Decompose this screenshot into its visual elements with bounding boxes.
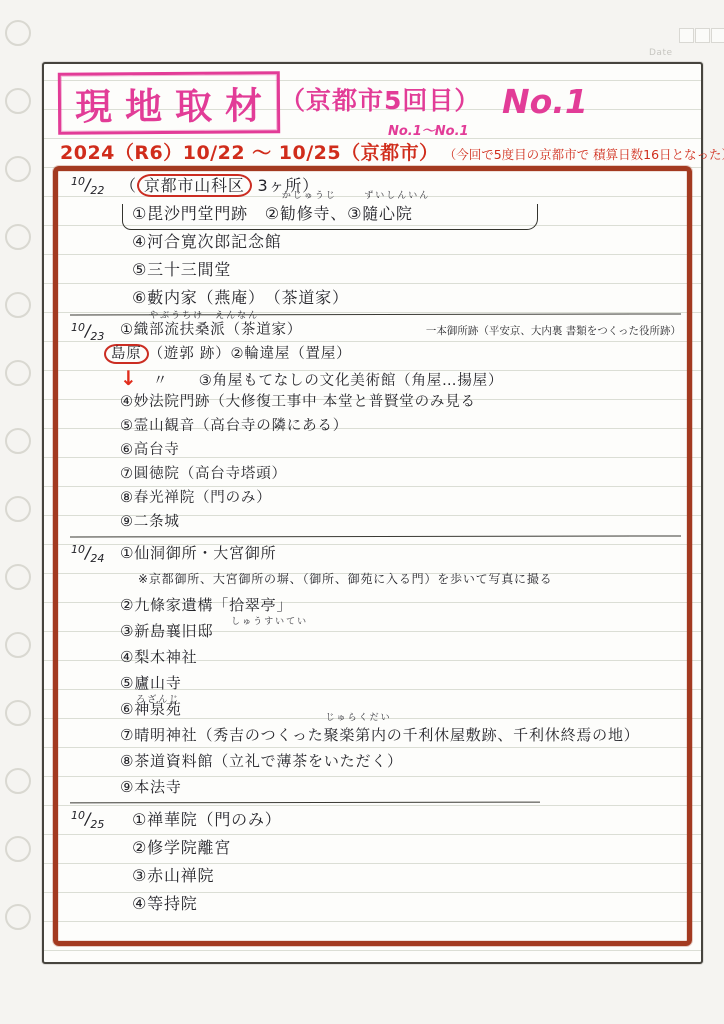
note-line: ①禅華院（門のみ） <box>58 806 687 834</box>
title-suffix: （京都市5回目） <box>280 86 480 115</box>
section-10-23: 10/23①織部流扶桑派（茶道家）一本御所跡（平安京、大内裏 書類をつくった役所… <box>58 317 687 534</box>
preprinted-date-label: Date <box>649 48 673 58</box>
handwritten-text: ②九條家遺構「 <box>120 596 229 614</box>
note-line: ④等持院 <box>58 890 687 918</box>
ruby-group: 藪内家（燕庵）やぶうちけ えんなん <box>147 284 265 312</box>
note-line: ⑥高台寺 <box>58 438 687 462</box>
handwritten-text: ①禅華院（門のみ） <box>132 810 282 829</box>
ring-hole-icon <box>5 224 31 250</box>
handwritten-text: ④等持院 <box>132 894 198 913</box>
handwritten-text: ⑤ <box>120 674 134 692</box>
date-header-box <box>695 28 710 43</box>
handwritten-text: ④河合寛次郎記念館 <box>132 232 282 251</box>
ruby-group: 拾翠亭しゅうすいてい <box>229 592 276 618</box>
note-line: ⑧春光禅院（門のみ） <box>58 486 687 510</box>
handwritten-text: ⑥神泉苑 <box>120 700 182 718</box>
note-line: ⑤三十三間堂 <box>58 256 687 284</box>
handwritten-text: ③新島襄旧邸 <box>120 622 213 640</box>
ring-hole-icon <box>5 836 31 862</box>
handwritten-text: 〃 ③角屋もてなしの文化美術館（角屋…揚屋） <box>138 373 504 389</box>
handwritten-text: ⑨二条城 <box>120 514 180 530</box>
note-line: ⑤霊山観音（高台寺の隣にある） <box>58 414 687 438</box>
handwritten-text: ①仙洞御所・大宮御所 <box>120 544 276 562</box>
ring-hole-icon <box>5 632 31 658</box>
handwritten-text: （遊郭 跡）②輪違屋（置屋） <box>149 346 352 362</box>
note-line: ※京都御所、大宮御所の塀、（御所、御苑に入る門）を歩いて写真に撮る <box>58 566 687 592</box>
trip-date-line: 2024（R6）10/22 〜 10/25（京都市） （今回で5度目の京都市で … <box>60 138 724 165</box>
handwritten-text: 藪内家（燕庵） <box>147 288 265 307</box>
section-10-22: 10/22（京都市山科区 3ヶ所）①毘沙門堂門跡 ②勧修寺かじゅうじ、③隨心院ず… <box>58 171 687 312</box>
note-line: ③新島襄旧邸 <box>58 618 687 644</box>
note-line: ⑦晴明神社（秀吉のつくった聚楽第じゅらくだい内の千利休屋敷跡、千利休終焉の地） <box>58 722 687 748</box>
note-line: ④河合寛次郎記念館 <box>58 228 687 256</box>
note-line: ⑦圓徳院（高台寺塔頭） <box>58 462 687 486</box>
note-line: ⑧茶道資料館（立礼で薄茶をいただく） <box>58 748 687 774</box>
note-line: ④梨木神社 <box>58 644 687 670</box>
page-title: 現地取材 <box>58 71 280 135</box>
handwritten-text: （ <box>120 176 137 195</box>
ring-hole-icon <box>5 156 31 182</box>
note-line: ①織部流扶桑派（茶道家）一本御所跡（平安京、大内裏 書類をつくった役所跡） <box>58 318 687 342</box>
date-header-box <box>679 28 694 43</box>
handwritten-text: ⑧春光禅院（門のみ） <box>120 490 272 506</box>
notebook-page: 現地取材（京都市5回目） No.1〜No.1 No.1 2024（R6）10/2… <box>42 62 703 964</box>
handwritten-text: ⑧茶道資料館（立礼で薄茶をいただく） <box>120 752 403 770</box>
handwritten-text: （茶道家） <box>265 288 349 307</box>
note-line: 島原（遊郭 跡）②輪違屋（置屋） <box>58 342 687 366</box>
section-divider <box>70 802 540 804</box>
handwritten-text: 内の千利休屋敷跡、千利休終焉の地） <box>371 726 640 744</box>
note-line: ⑤廬山寺ろざんじ <box>58 670 687 696</box>
date-header-box <box>711 28 724 43</box>
furigana: じゅらくだい <box>326 714 392 723</box>
note-line: ③赤山禅院 <box>58 862 687 890</box>
ring-hole-icon <box>5 768 31 794</box>
trip-date-main: 2024（R6）10/22 〜 10/25（京都市） <box>60 142 439 164</box>
note-line: ①毘沙門堂門跡 ②勧修寺かじゅうじ、③隨心院ずいしんいん <box>58 200 687 228</box>
ring-hole-icon <box>5 88 31 114</box>
handwritten-text: ⑤三十三間堂 <box>132 260 231 279</box>
handwritten-text: ⑥高台寺 <box>120 442 180 458</box>
handwritten-text: ④梨木神社 <box>120 648 197 666</box>
handwritten-text: ④妙法院門跡（大修復工事中 本堂と普賢堂のみ見る <box>120 394 476 410</box>
title-range-note: No.1〜No.1 <box>388 120 469 139</box>
handwritten-text: ⑦晴明神社（秀吉のつくった <box>120 726 324 744</box>
handwritten-text: 聚楽第 <box>324 726 371 744</box>
ring-hole-icon <box>5 700 31 726</box>
handwritten-text: 拾翠亭 <box>229 596 276 614</box>
group-bracket <box>122 204 538 230</box>
red-circle-highlight: 島原 <box>104 344 149 364</box>
handwritten-text: ①織部流扶桑派（茶道家） <box>120 322 302 338</box>
handwritten-text: ②修学院離宮 <box>132 838 231 857</box>
section-divider <box>70 313 681 315</box>
ring-hole-icon <box>5 360 31 386</box>
ruby-group: 廬山寺ろざんじ <box>134 670 181 696</box>
red-down-arrow-icon: ↓ <box>120 366 138 390</box>
handwritten-text: ⑤霊山観音（高台寺の隣にある） <box>120 418 348 434</box>
note-line: ②九條家遺構「拾翠亭しゅうすいてい」 <box>58 592 687 618</box>
note-line: ①仙洞御所・大宮御所 <box>58 540 687 566</box>
trip-date-note: （今回で5度目の京都市で 積算日数16日となった） <box>444 147 724 162</box>
note-line: ④妙法院門跡（大修復工事中 本堂と普賢堂のみ見る <box>58 390 687 414</box>
note-line: ⑨二条城 <box>58 510 687 534</box>
annotation-note: 一本御所跡（平安京、大内裏 書類をつくった役所跡） <box>426 319 681 343</box>
section-divider <box>70 535 681 537</box>
title-page-number: No.1 <box>502 82 588 121</box>
handwritten-text: ※京都御所、大宮御所の塀、（御所、御苑に入る門）を歩いて写真に撮る <box>138 572 552 586</box>
scanned-notebook-screenshot: { "colors":{"pink":"#e23c97","red_ink":"… <box>0 0 724 1024</box>
red-circle-highlight: 京都市山科区 <box>137 174 252 197</box>
ring-hole-icon <box>5 292 31 318</box>
handwritten-text: ⑥ <box>132 288 147 307</box>
ring-hole-icon <box>5 496 31 522</box>
ring-hole-icon <box>5 904 31 930</box>
ruby-group: 聚楽第じゅらくだい <box>324 722 371 748</box>
ring-hole-icon <box>5 20 31 46</box>
handwritten-text: 」 <box>276 596 292 614</box>
handwritten-text: 廬山寺 <box>134 674 181 692</box>
section-10-24: 10/24①仙洞御所・大宮御所※京都御所、大宮御所の塀、（御所、御苑に入る門）を… <box>58 539 687 800</box>
furigana: ずいしんいん <box>364 192 430 201</box>
furigana: かじゅうじ <box>282 192 337 201</box>
note-line: ⑨本法寺 <box>58 774 687 800</box>
ring-hole-icon <box>5 564 31 590</box>
note-line: ↓ 〃 ③角屋もてなしの文化美術館（角屋…揚屋） <box>58 366 687 390</box>
handwritten-text: ⑦圓徳院（高台寺塔頭） <box>120 466 287 482</box>
handwritten-text: ⑨本法寺 <box>120 778 182 796</box>
note-line: ⑥藪内家（燕庵）やぶうちけ えんなん（茶道家） <box>58 284 687 312</box>
handwritten-text: ③赤山禅院 <box>132 866 214 885</box>
ring-hole-icon <box>5 428 31 454</box>
note-line: ②修学院離宮 <box>58 834 687 862</box>
section-10-25: 10/25①禅華院（門のみ）②修学院離宮③赤山禅院④等持院 <box>58 805 687 918</box>
note-box: 10/22（京都市山科区 3ヶ所）①毘沙門堂門跡 ②勧修寺かじゅうじ、③隨心院ず… <box>53 166 692 946</box>
